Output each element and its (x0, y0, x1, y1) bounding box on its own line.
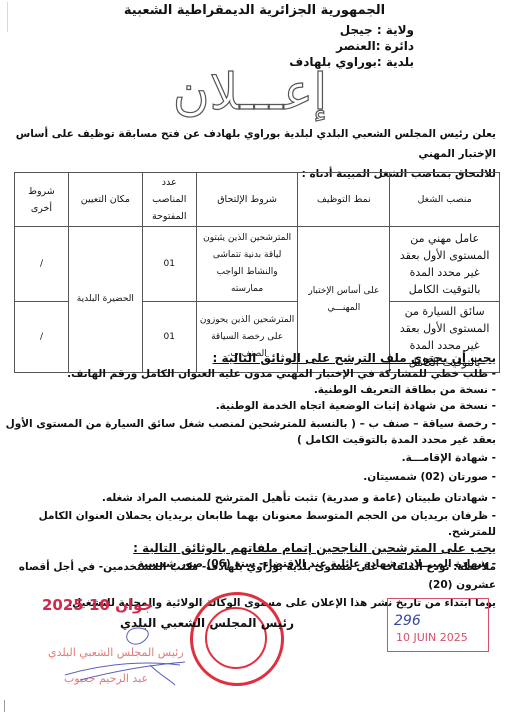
document-item: - نسخة من بطاقة التعريف الوطنية. (0, 382, 496, 398)
republic-header: الجمهورية الجزائرية الديمقراطية الشعبية (0, 3, 509, 18)
header-count: عدد المناصب المفتوحة (142, 173, 196, 227)
documents-heading: يجب أن يحتوي ملف الترشح على الوثائق التا… (0, 350, 496, 366)
conditions-cell: المترشحين الذين يثبتون لياقة بدنية تتماش… (196, 227, 298, 302)
count-cell: 01 (142, 227, 196, 302)
positions-table: منصب الشغل نمط التوظيف شروط الإلتحاق عدد… (14, 172, 500, 373)
document-item: - ظرفان بريديان من الحجم المتوسط معنونان… (0, 508, 496, 540)
other-cell: / (15, 227, 69, 302)
document-item: - صورتان (02) شمسيتان. (0, 469, 496, 485)
documents-section: يجب أن يحتوي ملف الترشح على الوثائق التا… (0, 350, 496, 572)
table-header-row: منصب الشغل نمط التوظيف شروط الإلتحاق عدد… (15, 173, 500, 227)
successful-heading: يجب على المترشحين الناجحين إتمام ملفاتهم… (0, 540, 496, 556)
document-item: - شهادتان طبيتان (عامة و صدرية) تثبت تأه… (0, 490, 496, 506)
daira-label: دائرة :العنصر (289, 38, 414, 54)
announcement-title: إعـــلان (150, 62, 350, 122)
intro-line-1: يعلن رئيس المجلس الشعبي البلدي لبلدية بو… (6, 124, 496, 164)
position-cell: عامل مهني من المستوى الأول بعقد غير محدد… (390, 227, 500, 302)
received-number: 296 (394, 613, 421, 629)
header-location: مكان التعيين (68, 173, 142, 227)
received-date: 10 JUIN 2025 (396, 631, 468, 644)
wilaya-label: ولاية : جيجل (289, 22, 414, 38)
document-item: - رخصة سياقة – صنف ب – ( بالنسبة للمترشح… (0, 416, 496, 448)
scan-edge-mark (4, 700, 5, 712)
header-mode: نمط التوظيف (298, 173, 390, 227)
signature-date: 2025 جوان 10 (42, 596, 153, 614)
handwritten-signature-icon (60, 620, 190, 690)
header-other: شروط أخرى (15, 173, 69, 227)
header-position: منصب الشغل (390, 173, 500, 227)
note-line-1: ملاحظة: تودع الملفات على مستوى بلدية بور… (16, 558, 496, 594)
header-conditions: شروط الإلتحاق (196, 173, 298, 227)
document-item: - نسخة من شهادة إثبات الوضعية اتجاه الخد… (0, 398, 496, 414)
table-row: عامل مهني من المستوى الأول بعقد غير محدد… (15, 227, 500, 302)
document-item: - شهادة الإقامـــة. (0, 450, 496, 466)
received-stamp: 296 10 JUIN 2025 (387, 598, 489, 652)
document-item: - طلب خطي للمشاركة في الإختبار المهني مد… (0, 366, 496, 382)
